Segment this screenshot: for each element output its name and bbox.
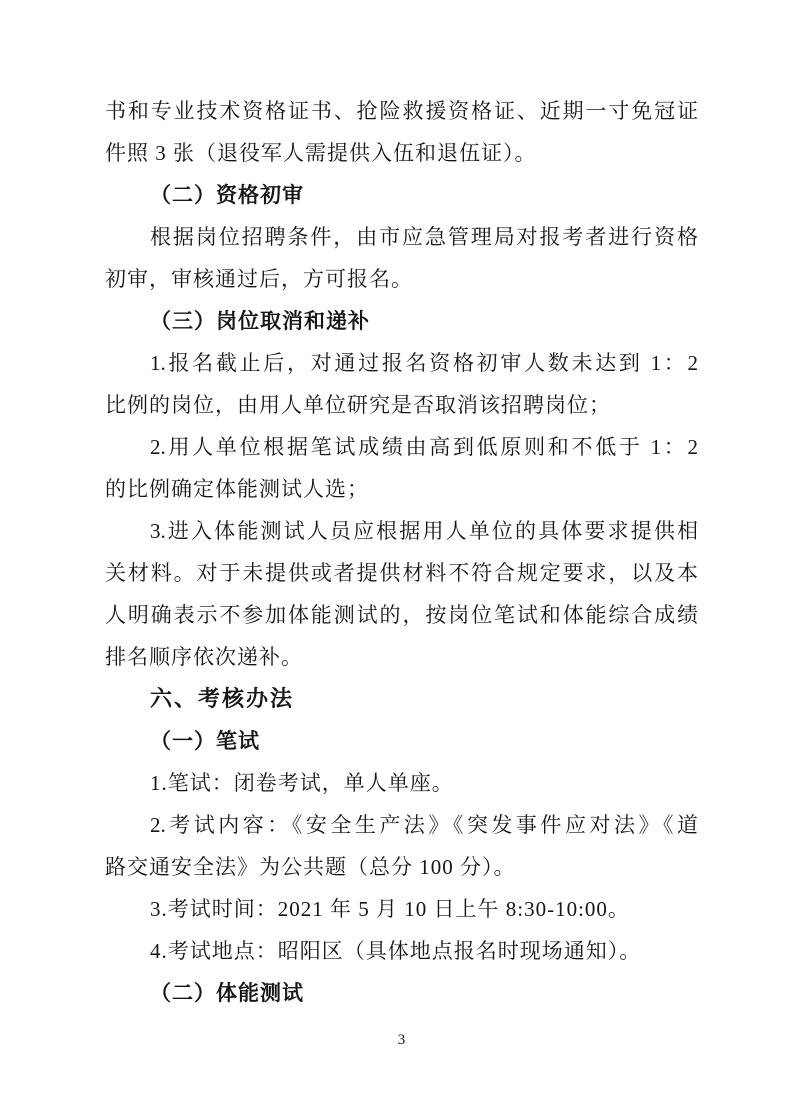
body-line: 路交通安全法》为公共题（总分 100 分）。 <box>105 846 698 888</box>
body-line: 1.笔试：闭卷考试，单人单座。 <box>105 762 698 804</box>
body-line: 2.考试内容：《安全生产法》《突发事件应对法》《道 <box>105 804 698 846</box>
body-line: 的比例确定体能测试人选； <box>105 468 698 510</box>
body-line: 3.考试时间：2021 年 5 月 10 日上午 8:30-10:00。 <box>105 888 698 930</box>
subsection-heading: （二）资格初审 <box>105 174 698 216</box>
body-line: 比例的岗位，由用人单位研究是否取消该招聘岗位； <box>105 384 698 426</box>
subsection-heading: （三）岗位取消和递补 <box>105 300 698 342</box>
body-line: 根据岗位招聘条件，由市应急管理局对报考者进行资格 <box>105 216 698 258</box>
body-line: 排名顺序依次递补。 <box>105 636 698 678</box>
body-line: 书和专业技术资格证书、抢险救援资格证、近期一寸免冠证 <box>105 90 698 132</box>
body-line: 3.进入体能测试人员应根据用人单位的具体要求提供相 <box>105 510 698 552</box>
body-line: 关材料。对于未提供或者提供材料不符合规定要求，以及本 <box>105 552 698 594</box>
document-page: 书和专业技术资格证书、抢险救援资格证、近期一寸免冠证 件照 3 张（退役军人需提… <box>0 0 790 1119</box>
subsection-heading: （一）笔试 <box>105 720 698 762</box>
body-line: 4.考试地点：昭阳区（具体地点报名时现场通知）。 <box>105 930 698 972</box>
body-line: 1.报名截止后，对通过报名资格初审人数未达到 1：2 <box>105 342 698 384</box>
body-line: 初审，审核通过后，方可报名。 <box>105 258 698 300</box>
body-line: 件照 3 张（退役军人需提供入伍和退伍证）。 <box>105 132 698 174</box>
chapter-heading: 六、考核办法 <box>105 678 698 720</box>
body-line: 2.用人单位根据笔试成绩由高到低原则和不低于 1：2 <box>105 426 698 468</box>
body-line: 人明确表示不参加体能测试的，按岗位笔试和体能综合成绩 <box>105 594 698 636</box>
subsection-heading: （二）体能测试 <box>105 972 698 1014</box>
page-number: 3 <box>105 1030 698 1050</box>
